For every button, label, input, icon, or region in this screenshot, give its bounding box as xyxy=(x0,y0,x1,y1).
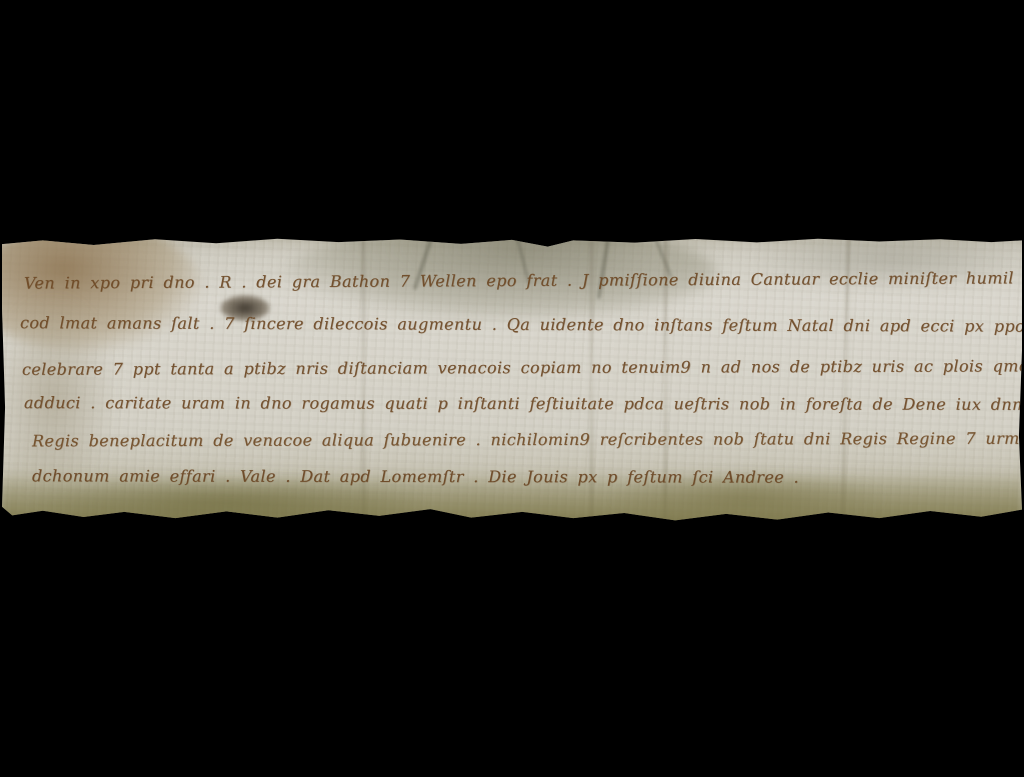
manuscript-text-block: Ven in xpo pri dno . R . dei gra Bathon … xyxy=(2,237,1022,521)
manuscript-line-6: dchonum amie effari . Vale . Dat apd Lom… xyxy=(32,464,799,489)
manuscript-line-5: Regis beneplacitum de venacoe aliqua ſub… xyxy=(32,427,1022,454)
parchment-document: Ven in xpo pri dno . R . dei gra Bathon … xyxy=(2,237,1022,521)
manuscript-line-4: adduci . caritate uram in dno rogamus qu… xyxy=(24,391,1022,417)
photo-canvas: Ven in xpo pri dno . R . dei gra Bathon … xyxy=(0,0,1024,777)
manuscript-line-2: cod lmat amans ſalt . 7 ſincere dileccoi… xyxy=(20,311,1022,339)
manuscript-line-3: celebrare 7 ppt tanta a ptibz nris diſta… xyxy=(22,354,1022,382)
manuscript-line-1: Ven in xpo pri dno . R . dei gra Bathon … xyxy=(24,266,1014,295)
